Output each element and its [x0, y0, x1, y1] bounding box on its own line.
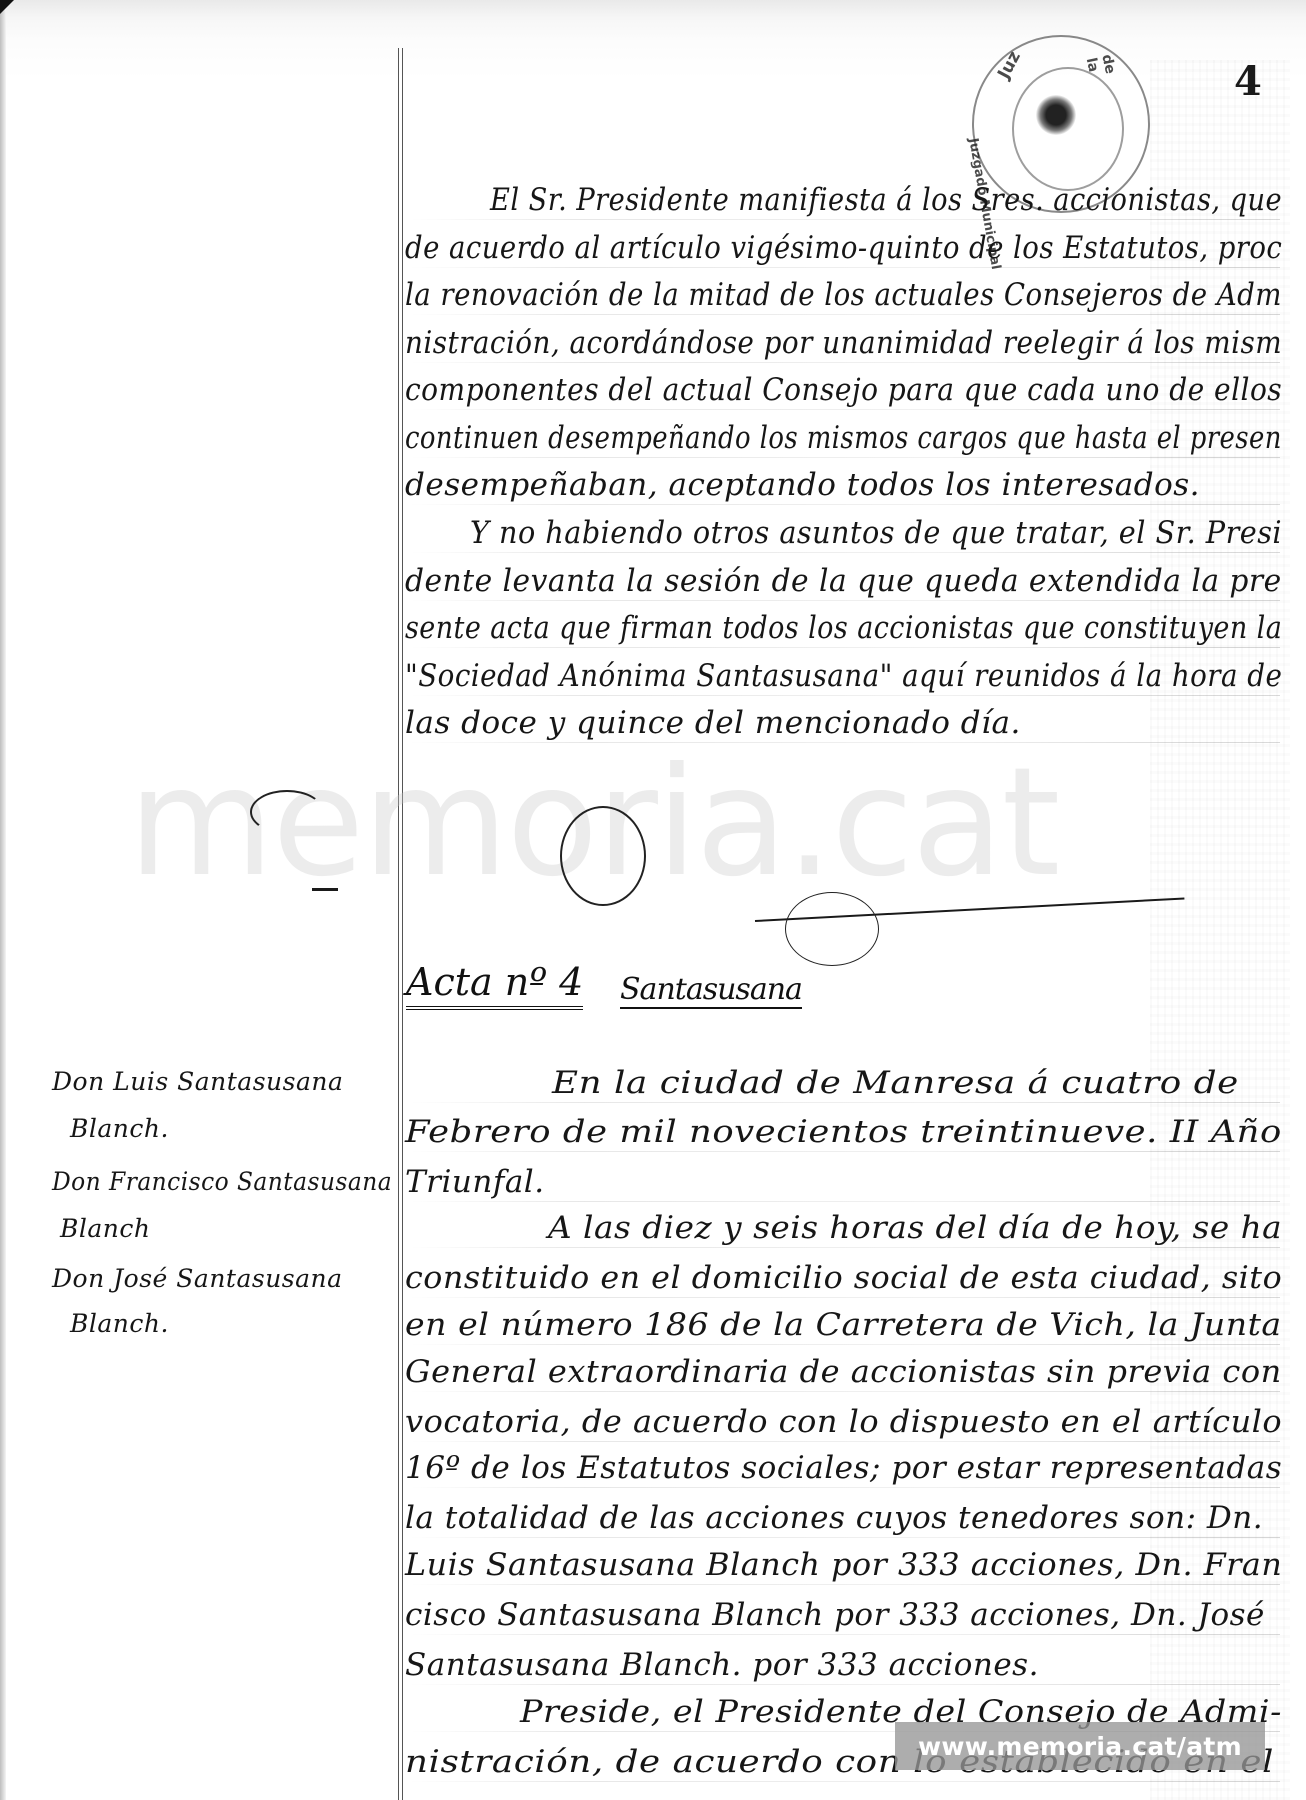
ruled-line [410, 1441, 1280, 1442]
handwritten-line: cisco Santasusana Blanch por 333 accione… [405, 1600, 1265, 1631]
ruled-line [410, 1344, 1280, 1345]
handwritten-line: 16º de los Estatutos sociales; por estar… [405, 1453, 1282, 1484]
handwritten-line: General extraordinaria de accionistas si… [405, 1357, 1282, 1388]
ruled-line [410, 1537, 1280, 1538]
ruled-line [410, 1201, 1280, 1202]
ruled-line [410, 1634, 1280, 1635]
ruled-line [410, 504, 1280, 505]
handwritten-line: la renovación de la mitad de los actuale… [405, 280, 1282, 311]
attendee-name: Blanch [60, 1216, 150, 1241]
attendee-name: Blanch. [70, 1116, 169, 1141]
source-url-badge: www.memoria.cat/atm [895, 1722, 1265, 1770]
signature-dash [312, 888, 338, 891]
ruled-line [410, 1584, 1280, 1585]
ruled-line [410, 695, 1280, 696]
handwritten-line: Febrero de mil novecientos treintinueve.… [405, 1117, 1282, 1148]
stamp-text-top: Juz [994, 48, 1025, 82]
handwritten-line: componentes del actual Consejo para que … [405, 375, 1282, 406]
handwritten-line: sente acta que firman todos los accionis… [405, 613, 1282, 644]
ruled-line [410, 409, 1280, 410]
signature-flourish-loop [560, 806, 646, 906]
handwritten-line: en el número 186 de la Carretera de Vich… [405, 1310, 1282, 1341]
handwritten-line: El Sr. Presidente manifiesta á los Sres.… [490, 185, 1282, 216]
margin-rule-right [402, 48, 403, 1800]
ruled-line [410, 647, 1280, 648]
handwritten-line: vocatoria, de acuerdo con lo dispuesto e… [405, 1407, 1282, 1438]
attendee-name: Don Francisco Santasusana [52, 1169, 392, 1194]
handwritten-line: la totalidad de las acciones cuyos tened… [405, 1503, 1263, 1534]
handwritten-line: nistración, acordándose por unanimidad r… [405, 328, 1282, 359]
margin-rule-left [398, 48, 399, 1800]
ruled-line [410, 1297, 1280, 1298]
ruled-line [410, 1487, 1280, 1488]
ruled-line [410, 600, 1280, 601]
handwritten-line: "Sociedad Anónima Santasusana" aquí reun… [405, 661, 1282, 692]
signature-flourish-loop-2 [785, 892, 879, 966]
attendee-name: Blanch. [70, 1311, 169, 1336]
ruled-line [410, 1391, 1280, 1392]
ruled-line [410, 1102, 1280, 1103]
attendee-name: Don Luis Santasusana [52, 1069, 343, 1094]
stamp-emblem-icon [1036, 95, 1076, 135]
scan-left-edge [0, 0, 6, 1800]
ruled-line [410, 1151, 1280, 1152]
attendee-name: Don José Santasusana [52, 1266, 343, 1291]
ruled-line [410, 1247, 1280, 1248]
handwritten-line: Triunfal. [405, 1167, 545, 1198]
handwritten-line: constituido en el domicilio social de es… [405, 1263, 1282, 1294]
handwritten-line: A las diez y seis horas del día de hoy, … [548, 1213, 1282, 1244]
acta-rubric: Santasusana [620, 972, 802, 1009]
handwritten-line: las doce y quince del mencionado día. [405, 708, 1021, 739]
scan-noise-band [1150, 60, 1290, 1800]
signature-flourish-arc [250, 790, 324, 834]
ruled-line [410, 742, 1280, 743]
acta-heading: Acta nº 4 [406, 960, 583, 1010]
page-number: 4 [1234, 58, 1262, 105]
ruled-line [410, 219, 1280, 220]
ruled-line [410, 1684, 1280, 1685]
ruled-line [410, 1781, 1280, 1782]
handwritten-line: de acuerdo al artículo vigésimo-quinto d… [405, 233, 1282, 264]
handwritten-line: continuen desempeñando los mismos cargos… [405, 423, 1282, 454]
handwritten-line: Y no habiendo otros asuntos de que trata… [470, 518, 1282, 549]
ruled-line [410, 552, 1280, 553]
ruled-line [410, 267, 1280, 268]
ruled-line [410, 362, 1280, 363]
handwritten-line: dente levanta la sesión de la que queda … [405, 566, 1282, 597]
stamp-text-right: de la [1083, 53, 1121, 93]
handwritten-line: Luis Santasusana Blanch por 333 acciones… [405, 1550, 1282, 1581]
handwritten-line: desempeñaban, aceptando todos los intere… [405, 470, 1200, 501]
document-page: Juz Juzgado Municipal de la 4 El Sr. Pre… [0, 0, 1306, 1800]
scan-corner-mark [0, 0, 14, 14]
handwritten-line: En la ciudad de Manresa á cuatro de [552, 1068, 1239, 1099]
ruled-line [410, 457, 1280, 458]
handwritten-line: Santasusana Blanch. por 333 acciones. [405, 1650, 1039, 1681]
ruled-line [410, 314, 1280, 315]
